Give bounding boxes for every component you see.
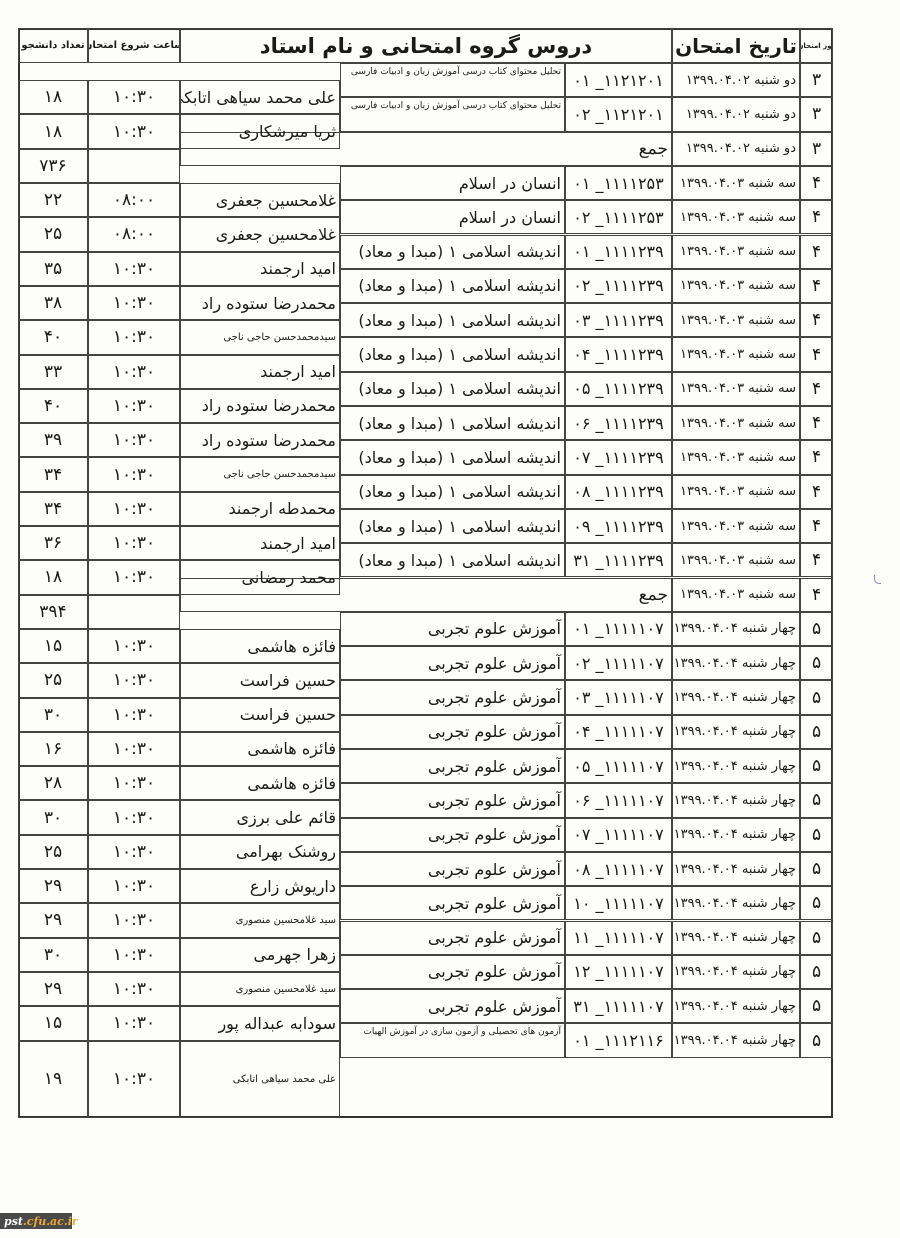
exam-day-cell: ۴	[800, 578, 833, 612]
start-time-cell: ۰۸:۰۰	[88, 217, 180, 251]
start-time-cell: ۱۰:۳۰	[88, 663, 180, 697]
course-code-cell: ۱۱۱۱۱۰۷_ ۰۶	[565, 783, 672, 817]
course-code-cell: ۱۱۱۱۱۰۷_ ۰۷	[565, 818, 672, 852]
student-count-cell: ۱۸	[18, 114, 88, 148]
course-code-cell: ۱۱۱۱۲۵۳_ ۰۱	[565, 166, 672, 200]
course-name-cell: اندیشه اسلامی ۱ (مبدا و معاد)	[340, 269, 565, 303]
course-name-cell: اندیشه اسلامی ۱ (مبدا و معاد)	[340, 372, 565, 406]
start-time-cell: ۱۰:۳۰	[88, 698, 180, 732]
header-date: تاریخ امتحان	[672, 28, 800, 63]
start-time-cell: ۱۰:۳۰	[88, 560, 180, 594]
teacher-name-cell: محمدرضا ستوده راد	[180, 286, 340, 320]
course-name-cell: آموزش علوم تجربی	[340, 886, 565, 920]
start-time-cell: ۱۰:۳۰	[88, 80, 180, 114]
start-time-cell: ۱۰:۳۰	[88, 526, 180, 560]
course-name-cell: تحلیل محتوای کتاب درسی آموزش زبان و ادبی…	[340, 97, 565, 131]
teacher-name-cell: امید ارجمند	[180, 526, 340, 560]
exam-day-cell: ۴	[800, 235, 833, 269]
header-start-time: ساعت شروع امتحان	[88, 28, 180, 63]
watermark-prefix: pst	[4, 1215, 23, 1228]
exam-day-cell: ۳	[800, 63, 833, 97]
start-time-cell: ۱۰:۳۰	[88, 938, 180, 972]
start-time-cell: ۱۰:۳۰	[88, 972, 180, 1006]
exam-day-cell: ۴	[800, 475, 833, 509]
course-code-cell: ۱۱۱۱۱۰۷_ ۱۲	[565, 955, 672, 989]
course-name-cell: آموزش علوم تجربی	[340, 921, 565, 955]
student-count-cell: ۳۴	[18, 457, 88, 491]
course-code-cell: ۱۱۱۱۲۳۹_ ۰۹	[565, 509, 672, 543]
exam-date-cell: سه شنبه ۱۳۹۹.۰۴.۰۳	[672, 578, 800, 612]
course-name-cell: اندیشه اسلامی ۱ (مبدا و معاد)	[340, 303, 565, 337]
exam-day-cell: ۵	[800, 886, 833, 920]
teacher-name-cell: سید غلامحسین منصوری	[180, 972, 340, 1006]
exam-date-cell: سه شنبه ۱۳۹۹.۰۴.۰۳	[672, 440, 800, 474]
exam-day-cell: ۵	[800, 749, 833, 783]
start-time-cell: ۱۰:۳۰	[88, 903, 180, 937]
student-count-cell: ۳۴	[18, 492, 88, 526]
course-name-cell: اندیشه اسلامی ۱ (مبدا و معاد)	[340, 337, 565, 371]
course-code-cell: ۱۱۱۱۱۰۷_ ۰۵	[565, 749, 672, 783]
student-count-cell: ۴۰	[18, 320, 88, 354]
start-time-cell: ۱۰:۳۰	[88, 286, 180, 320]
teacher-name-cell: امید ارجمند	[180, 355, 340, 389]
course-name-cell: آموزش علوم تجربی	[340, 680, 565, 714]
start-time-cell: ۱۰:۳۰	[88, 800, 180, 834]
course-code-cell: ۱۱۱۱۱۰۷_ ۱۱	[565, 921, 672, 955]
exam-day-cell: ۵	[800, 612, 833, 646]
course-name-cell: تحلیل محتوای کتاب درسی آموزش زبان و ادبی…	[340, 63, 565, 97]
course-name-cell: آموزش علوم تجربی	[340, 612, 565, 646]
course-name-cell: آموزش علوم تجربی	[340, 989, 565, 1023]
exam-day-cell: ۳	[800, 132, 833, 166]
header-courses: دروس گروه امتحانی و نام استاد	[180, 28, 672, 63]
teacher-name-cell: غلامحسین جعفری	[180, 217, 340, 251]
exam-schedule-sheet: روز امتحان تاریخ امتحان دروس گروه امتحان…	[0, 0, 900, 1238]
course-code-cell: ۱۱۱۱۲۳۹_ ۳۱	[565, 543, 672, 577]
exam-date-cell: سه شنبه ۱۳۹۹.۰۴.۰۳	[672, 200, 800, 234]
student-count-cell: ۲۵	[18, 835, 88, 869]
exam-date-cell: چهار شنبه ۱۳۹۹.۰۴.۰۴	[672, 989, 800, 1023]
student-count-cell: ۲۲	[18, 183, 88, 217]
course-name-cell: اندیشه اسلامی ۱ (مبدا و معاد)	[340, 440, 565, 474]
student-count-cell: ۳۸	[18, 286, 88, 320]
course-code-cell: ۱۱۱۱۱۰۷_ ۰۸	[565, 852, 672, 886]
teacher-name-cell: داریوش زارع	[180, 869, 340, 903]
day-total-count: ۳۹۴	[18, 595, 88, 629]
teacher-name-cell: فائزه هاشمی	[180, 732, 340, 766]
start-time-cell: ۱۰:۳۰	[88, 869, 180, 903]
exam-date-cell: دو شنبه ۱۳۹۹.۰۴.۰۲	[672, 132, 800, 166]
exam-day-cell: ۵	[800, 955, 833, 989]
site-watermark: pst.cfu.ac.ir	[0, 1213, 72, 1229]
header-day: روز امتحان	[800, 28, 833, 63]
course-code-cell: ۱۱۱۱۲۳۹_ ۰۷	[565, 440, 672, 474]
exam-day-cell: ۵	[800, 680, 833, 714]
course-code-cell: ۱۱۱۱۱۰۷_ ۰۳	[565, 680, 672, 714]
exam-date-cell: چهار شنبه ۱۳۹۹.۰۴.۰۴	[672, 921, 800, 955]
course-code-cell: ۱۱۲۱۲۰۱_ ۰۲	[565, 97, 672, 131]
exam-date-cell: چهار شنبه ۱۳۹۹.۰۴.۰۴	[672, 886, 800, 920]
course-code-cell: ۱۱۱۱۲۳۹_ ۰۲	[565, 269, 672, 303]
course-code-cell: ۱۱۱۱۲۳۹_ ۰۴	[565, 337, 672, 371]
watermark-domain: .cfu.ac.ir	[23, 1215, 78, 1228]
student-count-cell: ۳۳	[18, 355, 88, 389]
exam-day-cell: ۵	[800, 818, 833, 852]
teacher-name-cell: سید غلامحسین منصوری	[180, 903, 340, 937]
exam-date-cell: سه شنبه ۱۳۹۹.۰۴.۰۳	[672, 337, 800, 371]
teacher-name-cell: زهرا جهرمی	[180, 938, 340, 972]
exam-date-cell: چهار شنبه ۱۳۹۹.۰۴.۰۴	[672, 646, 800, 680]
exam-date-cell: چهار شنبه ۱۳۹۹.۰۴.۰۴	[672, 852, 800, 886]
exam-date-cell: سه شنبه ۱۳۹۹.۰۴.۰۳	[672, 303, 800, 337]
course-name-cell: اندیشه اسلامی ۱ (مبدا و معاد)	[340, 543, 565, 577]
exam-day-cell: ۴	[800, 337, 833, 371]
pen-mark	[874, 575, 881, 584]
student-count-cell: ۳۰	[18, 698, 88, 732]
course-code-cell: ۱۱۱۱۲۳۹_ ۰۱	[565, 235, 672, 269]
teacher-name-cell: ثریا میرشکاری	[180, 114, 340, 148]
teacher-name-cell: حسین فراست	[180, 698, 340, 732]
student-count-cell: ۱۸	[18, 80, 88, 114]
start-time-cell: ۱۰:۳۰	[88, 492, 180, 526]
exam-date-cell: سه شنبه ۱۳۹۹.۰۴.۰۳	[672, 269, 800, 303]
start-time-cell: ۱۰:۳۰	[88, 629, 180, 663]
exam-date-cell: چهار شنبه ۱۳۹۹.۰۴.۰۴	[672, 1023, 800, 1057]
exam-date-cell: چهار شنبه ۱۳۹۹.۰۴.۰۴	[672, 612, 800, 646]
exam-day-cell: ۳	[800, 97, 833, 131]
exam-day-cell: ۴	[800, 543, 833, 577]
start-time-cell: ۱۰:۳۰	[88, 732, 180, 766]
student-count-cell: ۱۹	[18, 1041, 88, 1118]
teacher-name-cell: سودابه عبداله پور	[180, 1006, 340, 1040]
start-time-cell: ۱۰:۳۰	[88, 355, 180, 389]
exam-day-cell: ۵	[800, 646, 833, 680]
exam-date-cell: چهار شنبه ۱۳۹۹.۰۴.۰۴	[672, 955, 800, 989]
teacher-name-cell: حسین فراست	[180, 663, 340, 697]
exam-day-cell: ۴	[800, 509, 833, 543]
student-count-cell: ۲۸	[18, 766, 88, 800]
start-time-cell: ۱۰:۳۰	[88, 114, 180, 148]
student-count-cell: ۱۵	[18, 629, 88, 663]
start-time-cell: ۰۸:۰۰	[88, 183, 180, 217]
exam-date-cell: سه شنبه ۱۳۹۹.۰۴.۰۳	[672, 406, 800, 440]
start-time-cell: ۱۰:۳۰	[88, 1006, 180, 1040]
student-count-cell: ۱۶	[18, 732, 88, 766]
course-code-cell: ۱۱۱۱۲۳۹_ ۰۵	[565, 372, 672, 406]
course-name-cell: آموزش علوم تجربی	[340, 715, 565, 749]
course-name-cell: اندیشه اسلامی ۱ (مبدا و معاد)	[340, 235, 565, 269]
teacher-name-cell: محمدطه ارجمند	[180, 492, 340, 526]
course-code-cell: ۱۱۲۱۲۰۱_ ۰۱	[565, 63, 672, 97]
teacher-name-cell: علی محمد سیاهی اتابکی	[180, 80, 340, 114]
student-count-cell: ۱۵	[18, 1006, 88, 1040]
exam-day-cell: ۵	[800, 852, 833, 886]
course-name-cell: آموزش علوم تجربی	[340, 646, 565, 680]
course-code-cell: ۱۱۱۱۲۳۹_ ۰۸	[565, 475, 672, 509]
start-time-cell: ۱۰:۳۰	[88, 423, 180, 457]
exam-date-cell: چهار شنبه ۱۳۹۹.۰۴.۰۴	[672, 715, 800, 749]
exam-day-cell: ۴	[800, 406, 833, 440]
exam-date-cell: سه شنبه ۱۳۹۹.۰۴.۰۳	[672, 372, 800, 406]
exam-day-cell: ۴	[800, 269, 833, 303]
course-name-cell: آزمون های تحصیلی و آزمون سازی در آموزش ا…	[340, 1023, 565, 1057]
exam-day-cell: ۵	[800, 715, 833, 749]
exam-day-cell: ۵	[800, 921, 833, 955]
teacher-name-cell: غلامحسین جعفری	[180, 183, 340, 217]
exam-day-cell: ۴	[800, 166, 833, 200]
exam-date-cell: چهار شنبه ۱۳۹۹.۰۴.۰۴	[672, 680, 800, 714]
exam-date-cell: چهار شنبه ۱۳۹۹.۰۴.۰۴	[672, 783, 800, 817]
student-count-cell: ۲۵	[18, 663, 88, 697]
student-count-cell: ۲۹	[18, 869, 88, 903]
course-name-cell: آموزش علوم تجربی	[340, 783, 565, 817]
course-code-cell: ۱۱۱۱۲۵۳_ ۰۲	[565, 200, 672, 234]
exam-day-cell: ۴	[800, 440, 833, 474]
student-count-cell: ۳۰	[18, 938, 88, 972]
student-count-cell: ۲۹	[18, 903, 88, 937]
teacher-name-cell: فائزه هاشمی	[180, 766, 340, 800]
teacher-name-cell: محمد رمضانی	[180, 560, 340, 594]
student-count-cell: ۲۹	[18, 972, 88, 1006]
student-count-cell: ۳۶	[18, 526, 88, 560]
exam-day-cell: ۵	[800, 783, 833, 817]
course-code-cell: ۱۱۱۱۱۰۷_ ۰۴	[565, 715, 672, 749]
start-time-cell: ۱۰:۳۰	[88, 1041, 180, 1118]
teacher-name-cell: روشنک بهرامی	[180, 835, 340, 869]
teacher-name-cell: محمدرضا ستوده راد	[180, 423, 340, 457]
exam-date-cell: سه شنبه ۱۳۹۹.۰۴.۰۳	[672, 235, 800, 269]
student-count-cell: ۳۹	[18, 423, 88, 457]
course-code-cell: ۱۱۱۱۱۰۷_ ۰۲	[565, 646, 672, 680]
exam-day-cell: ۵	[800, 1023, 833, 1057]
start-time-cell: ۱۰:۳۰	[88, 457, 180, 491]
start-time-cell: ۱۰:۳۰	[88, 389, 180, 423]
teacher-name-cell: علی محمد سیاهی اتابکی	[180, 1041, 340, 1118]
course-name-cell: آموزش علوم تجربی	[340, 749, 565, 783]
course-name-cell: انسان در اسلام	[340, 166, 565, 200]
teacher-name-cell: فائزه هاشمی	[180, 629, 340, 663]
exam-date-cell: سه شنبه ۱۳۹۹.۰۴.۰۳	[672, 509, 800, 543]
student-count-cell: ۱۸	[18, 560, 88, 594]
course-name-cell: آموزش علوم تجربی	[340, 852, 565, 886]
course-name-cell: انسان در اسلام	[340, 200, 565, 234]
course-name-cell: آموزش علوم تجربی	[340, 955, 565, 989]
exam-day-cell: ۵	[800, 989, 833, 1023]
course-code-cell: ۱۱۱۱۱۰۷_ ۱۰	[565, 886, 672, 920]
exam-date-cell: دو شنبه ۱۳۹۹.۰۴.۰۲	[672, 63, 800, 97]
course-code-cell: ۱۱۱۱۱۰۷_ ۰۱	[565, 612, 672, 646]
course-code-cell: ۱۱۱۱۲۳۹_ ۰۳	[565, 303, 672, 337]
exam-date-cell: دو شنبه ۱۳۹۹.۰۴.۰۲	[672, 97, 800, 131]
course-name-cell: آموزش علوم تجربی	[340, 818, 565, 852]
exam-day-cell: ۴	[800, 200, 833, 234]
header-student-count: تعداد دانشجو	[18, 28, 88, 63]
exam-date-cell: چهار شنبه ۱۳۹۹.۰۴.۰۴	[672, 749, 800, 783]
teacher-name-cell: قائم علی برزی	[180, 800, 340, 834]
teacher-name-cell: سیدمحمدحسن حاجی ناجی	[180, 320, 340, 354]
start-time-cell	[88, 595, 180, 629]
student-count-cell: ۲۵	[18, 217, 88, 251]
student-count-cell: ۴۰	[18, 389, 88, 423]
course-code-cell: ۱۱۱۲۱۱۶_ ۰۱	[565, 1023, 672, 1057]
day-total-count: ۷۳۶	[18, 149, 88, 183]
teacher-name-cell: سیدمحمدحسن حاجی ناجی	[180, 457, 340, 491]
exam-date-cell: سه شنبه ۱۳۹۹.۰۴.۰۳	[672, 543, 800, 577]
course-name-cell: اندیشه اسلامی ۱ (مبدا و معاد)	[340, 406, 565, 440]
exam-date-cell: سه شنبه ۱۳۹۹.۰۴.۰۳	[672, 166, 800, 200]
course-code-cell: ۱۱۱۱۲۳۹_ ۰۶	[565, 406, 672, 440]
teacher-name-cell: محمدرضا ستوده راد	[180, 389, 340, 423]
exam-date-cell: سه شنبه ۱۳۹۹.۰۴.۰۳	[672, 475, 800, 509]
student-count-cell: ۳۰	[18, 800, 88, 834]
start-time-cell: ۱۰:۳۰	[88, 252, 180, 286]
start-time-cell	[88, 149, 180, 183]
student-count-cell: ۳۵	[18, 252, 88, 286]
course-code-cell: ۱۱۱۱۱۰۷_ ۳۱	[565, 989, 672, 1023]
start-time-cell: ۱۰:۳۰	[88, 320, 180, 354]
exam-date-cell: چهار شنبه ۱۳۹۹.۰۴.۰۴	[672, 818, 800, 852]
exam-day-cell: ۴	[800, 372, 833, 406]
exam-day-cell: ۴	[800, 303, 833, 337]
start-time-cell: ۱۰:۳۰	[88, 766, 180, 800]
teacher-name-cell: امید ارجمند	[180, 252, 340, 286]
course-name-cell: اندیشه اسلامی ۱ (مبدا و معاد)	[340, 475, 565, 509]
course-name-cell: اندیشه اسلامی ۱ (مبدا و معاد)	[340, 509, 565, 543]
start-time-cell: ۱۰:۳۰	[88, 835, 180, 869]
